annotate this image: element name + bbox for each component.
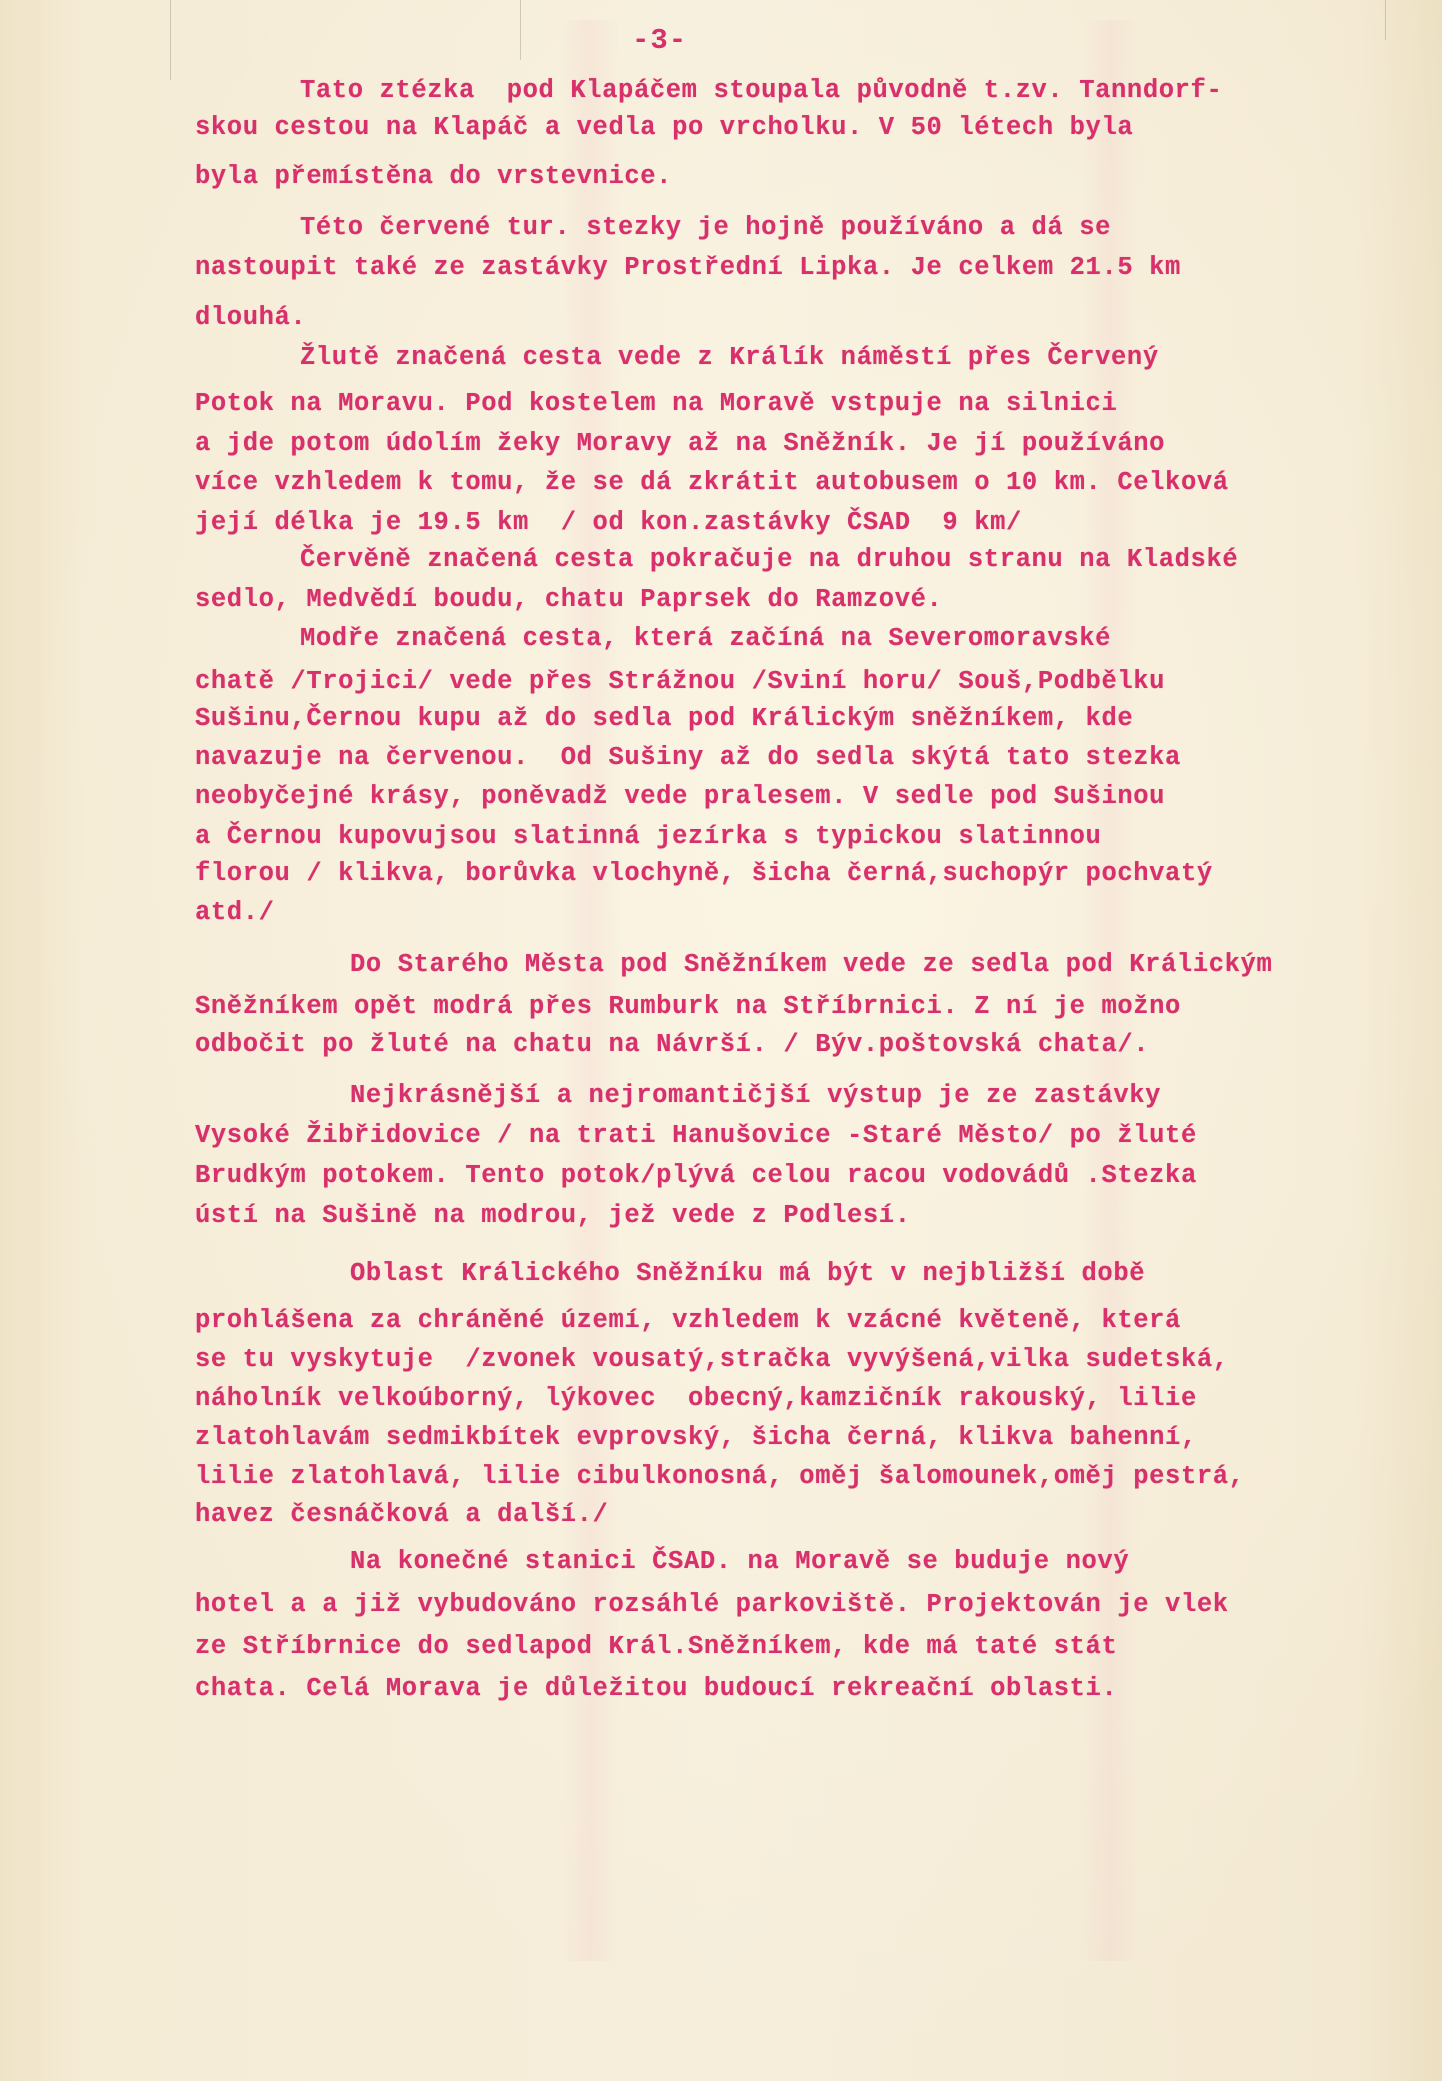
text-line: více vzhledem k tomu, že se dá zkrátit a… [195,468,1229,498]
text-line: Této červené tur. stezky je hojně použív… [300,213,1111,243]
text-line: Červěně značená cesta pokračuje na druho… [300,545,1238,575]
text-line: její délka je 19.5 km / od kon.zastávky … [195,508,1022,538]
text-line: Oblast Králického Sněžníku má být v nejb… [350,1259,1145,1289]
text-line: lilie zlatohlavá, lilie cibulkonosná, om… [195,1462,1245,1492]
text-line: ze Stříbrnice do sedlapod Král.Sněžníkem… [195,1632,1117,1662]
text-line: chatě /Trojici/ vede přes Strážnou /Svin… [195,667,1165,697]
text-line: atd./ [195,898,275,928]
text-line: chata. Celá Morava je důležitou budoucí … [195,1674,1117,1704]
text-line: byla přemístěna do vrstevnice. [195,162,672,192]
text-line: Modře značená cesta, která začíná na Sev… [300,624,1111,654]
text-line: Sušinu,Černou kupu až do sedla pod Králi… [195,704,1133,734]
paper-crease [520,0,521,60]
text-line: a jde potom údolím žeky Moravy až na Sně… [195,429,1165,459]
text-line: a Černou kupovujsou slatinná jezírka s t… [195,822,1101,852]
text-line: nastoupit také ze zastávky Prostřední Li… [195,253,1181,283]
ink-bleed-stain [1080,20,1140,1961]
text-line: zlatohlavám sedmikbítek evprovský, šicha… [195,1423,1197,1453]
text-line: prohlášena za chráněné území, vzhledem k… [195,1306,1181,1336]
text-line: hotel a a již vybudováno rozsáhlé parkov… [195,1590,1229,1620]
text-line: Nejkrásnější a nejromantičjší výstup je … [350,1081,1161,1111]
text-line: neobyčejné krásy, poněvadž vede pralesem… [195,782,1165,812]
text-line: Vysoké Žibřidovice / na trati Hanušovice… [195,1121,1197,1151]
text-line: Brudkým potokem. Tento potok/plývá celou… [195,1161,1197,1191]
text-line: ústí na Sušině na modrou, jež vede z Pod… [195,1201,911,1231]
text-line: sedlo, Medvědí boudu, chatu Paprsek do R… [195,585,942,615]
text-line: Žlutě značená cesta vede z Králík náměst… [300,343,1159,373]
text-line: Na konečné stanici ČSAD. na Moravě se bu… [350,1547,1129,1577]
text-line: skou cestou na Klapáč a vedla po vrcholk… [195,113,1133,143]
text-line: odbočit po žluté na chatu na Návrší. / B… [195,1030,1149,1060]
ink-bleed-stain [560,20,620,1961]
text-line: Sněžníkem opět modrá přes Rumburk na Stř… [195,992,1181,1022]
text-line: Potok na Moravu. Pod kostelem na Moravě … [195,389,1117,419]
paper-crease [170,0,171,80]
text-line: dlouhá. [195,303,306,333]
text-line: Tato ztézka pod Klapáčem stoupala původn… [300,76,1222,106]
text-line: se tu vyskytuje /zvonek vousatý,stračka … [195,1345,1229,1375]
text-line: náholník velkoúborný, lýkovec obecný,kam… [195,1384,1197,1414]
paper-crease [1385,0,1386,40]
page-number: -3- [632,24,687,57]
text-line: navazuje na červenou. Od Sušiny až do se… [195,743,1181,773]
text-line: Do Starého Města pod Sněžníkem vede ze s… [350,950,1272,980]
text-line: florou / klikva, borůvka vlochyně, šicha… [195,859,1213,889]
text-line: havez česnáčková a další./ [195,1500,608,1530]
